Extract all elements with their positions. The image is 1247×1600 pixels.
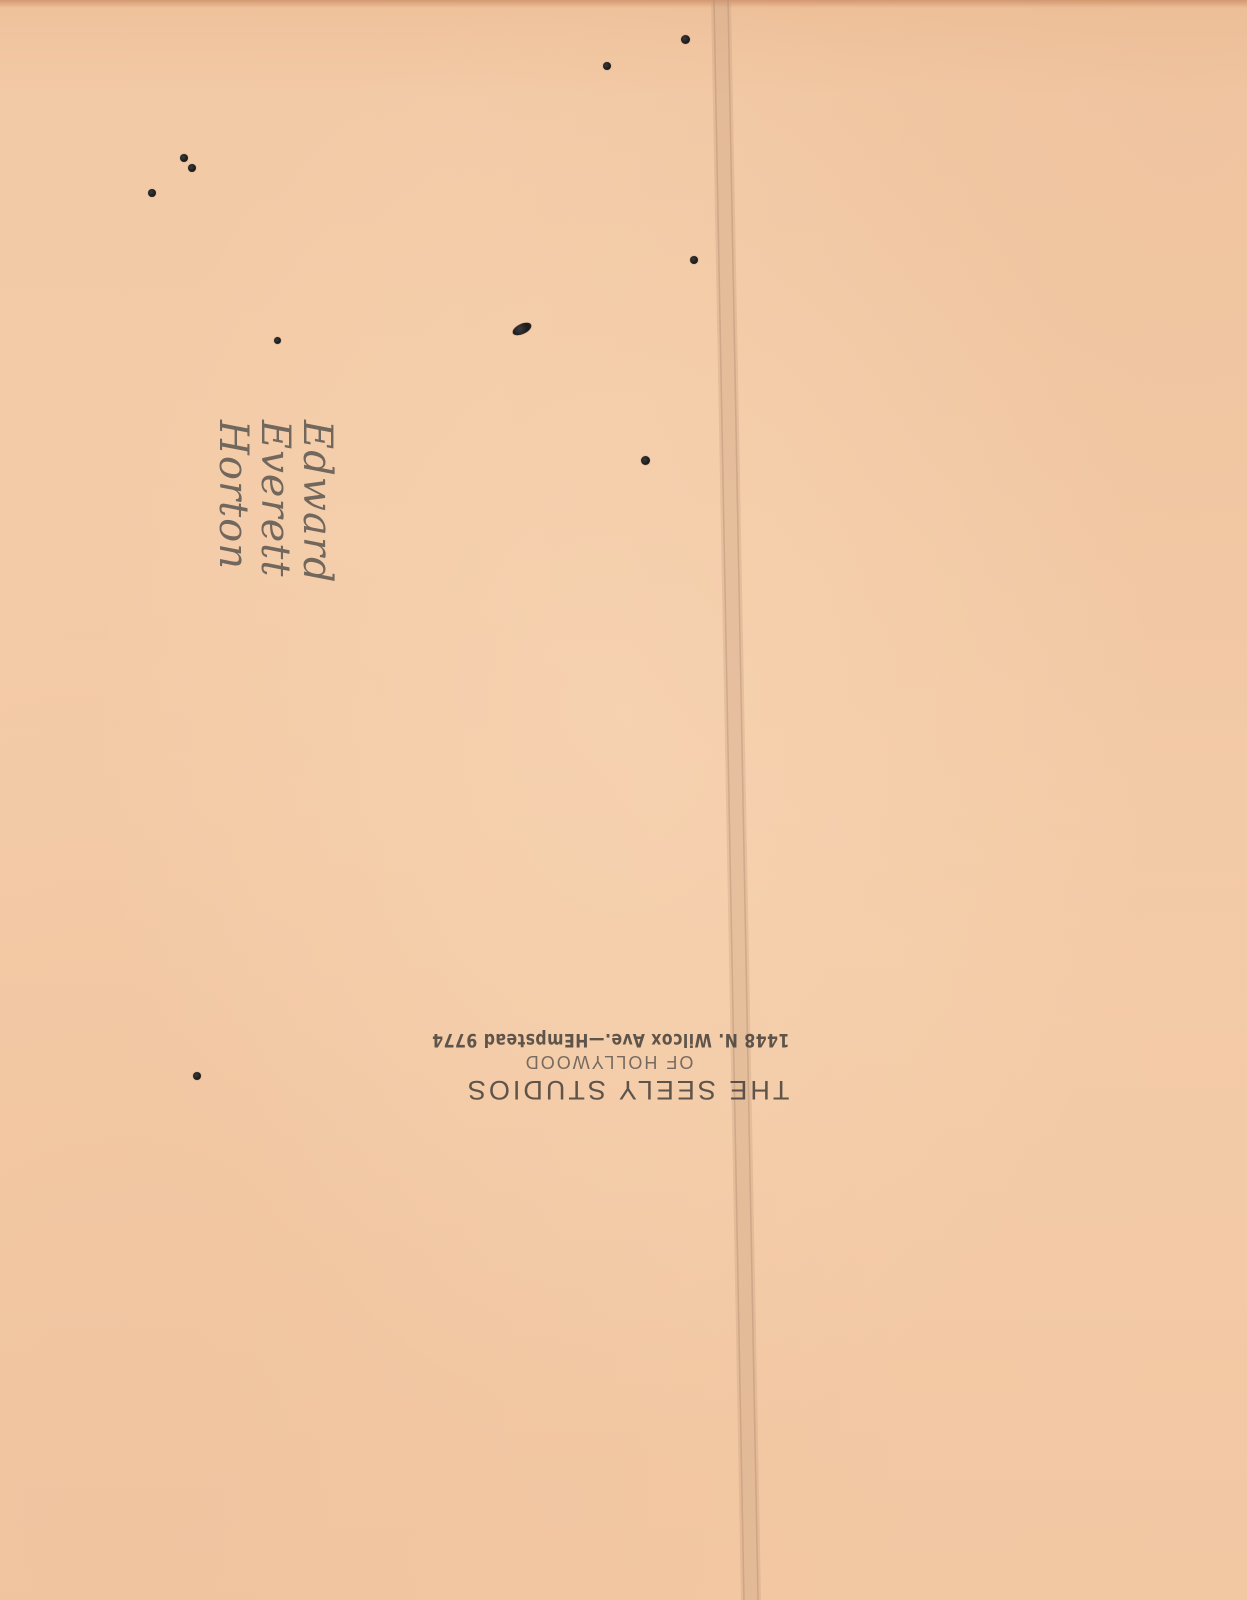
pin-hole bbox=[180, 154, 188, 162]
pin-hole bbox=[188, 164, 196, 172]
pin-hole bbox=[681, 35, 690, 44]
stamp-address: 1448 N. Wilcox Ave.—HEmpstead 9774 bbox=[432, 1029, 790, 1051]
handwritten-name: Edward Everett Horton bbox=[198, 420, 338, 610]
studio-stamp: THE SEELY STUDIOS OF HOLLYWOOD 1448 N. W… bbox=[401, 1029, 790, 1107]
photo-back: Edward Everett Horton THE SEELY STUDIOS … bbox=[0, 0, 1247, 1600]
handwriting-line-3: Horton bbox=[212, 420, 254, 610]
handwriting-line-1: Edward bbox=[296, 420, 338, 610]
pin-hole bbox=[274, 337, 281, 344]
pin-hole bbox=[603, 62, 611, 70]
pin-hole bbox=[148, 189, 156, 197]
pin-hole bbox=[641, 456, 650, 465]
handwriting-line-2: Everett bbox=[254, 420, 296, 610]
stamp-studio-name: THE SEELY STUDIOS bbox=[401, 1074, 790, 1105]
stamp-location: OF HOLLYWOOD bbox=[401, 1051, 790, 1072]
pin-hole bbox=[690, 256, 698, 264]
pin-hole bbox=[193, 1072, 201, 1080]
vertical-crease bbox=[0, 0, 1247, 1600]
